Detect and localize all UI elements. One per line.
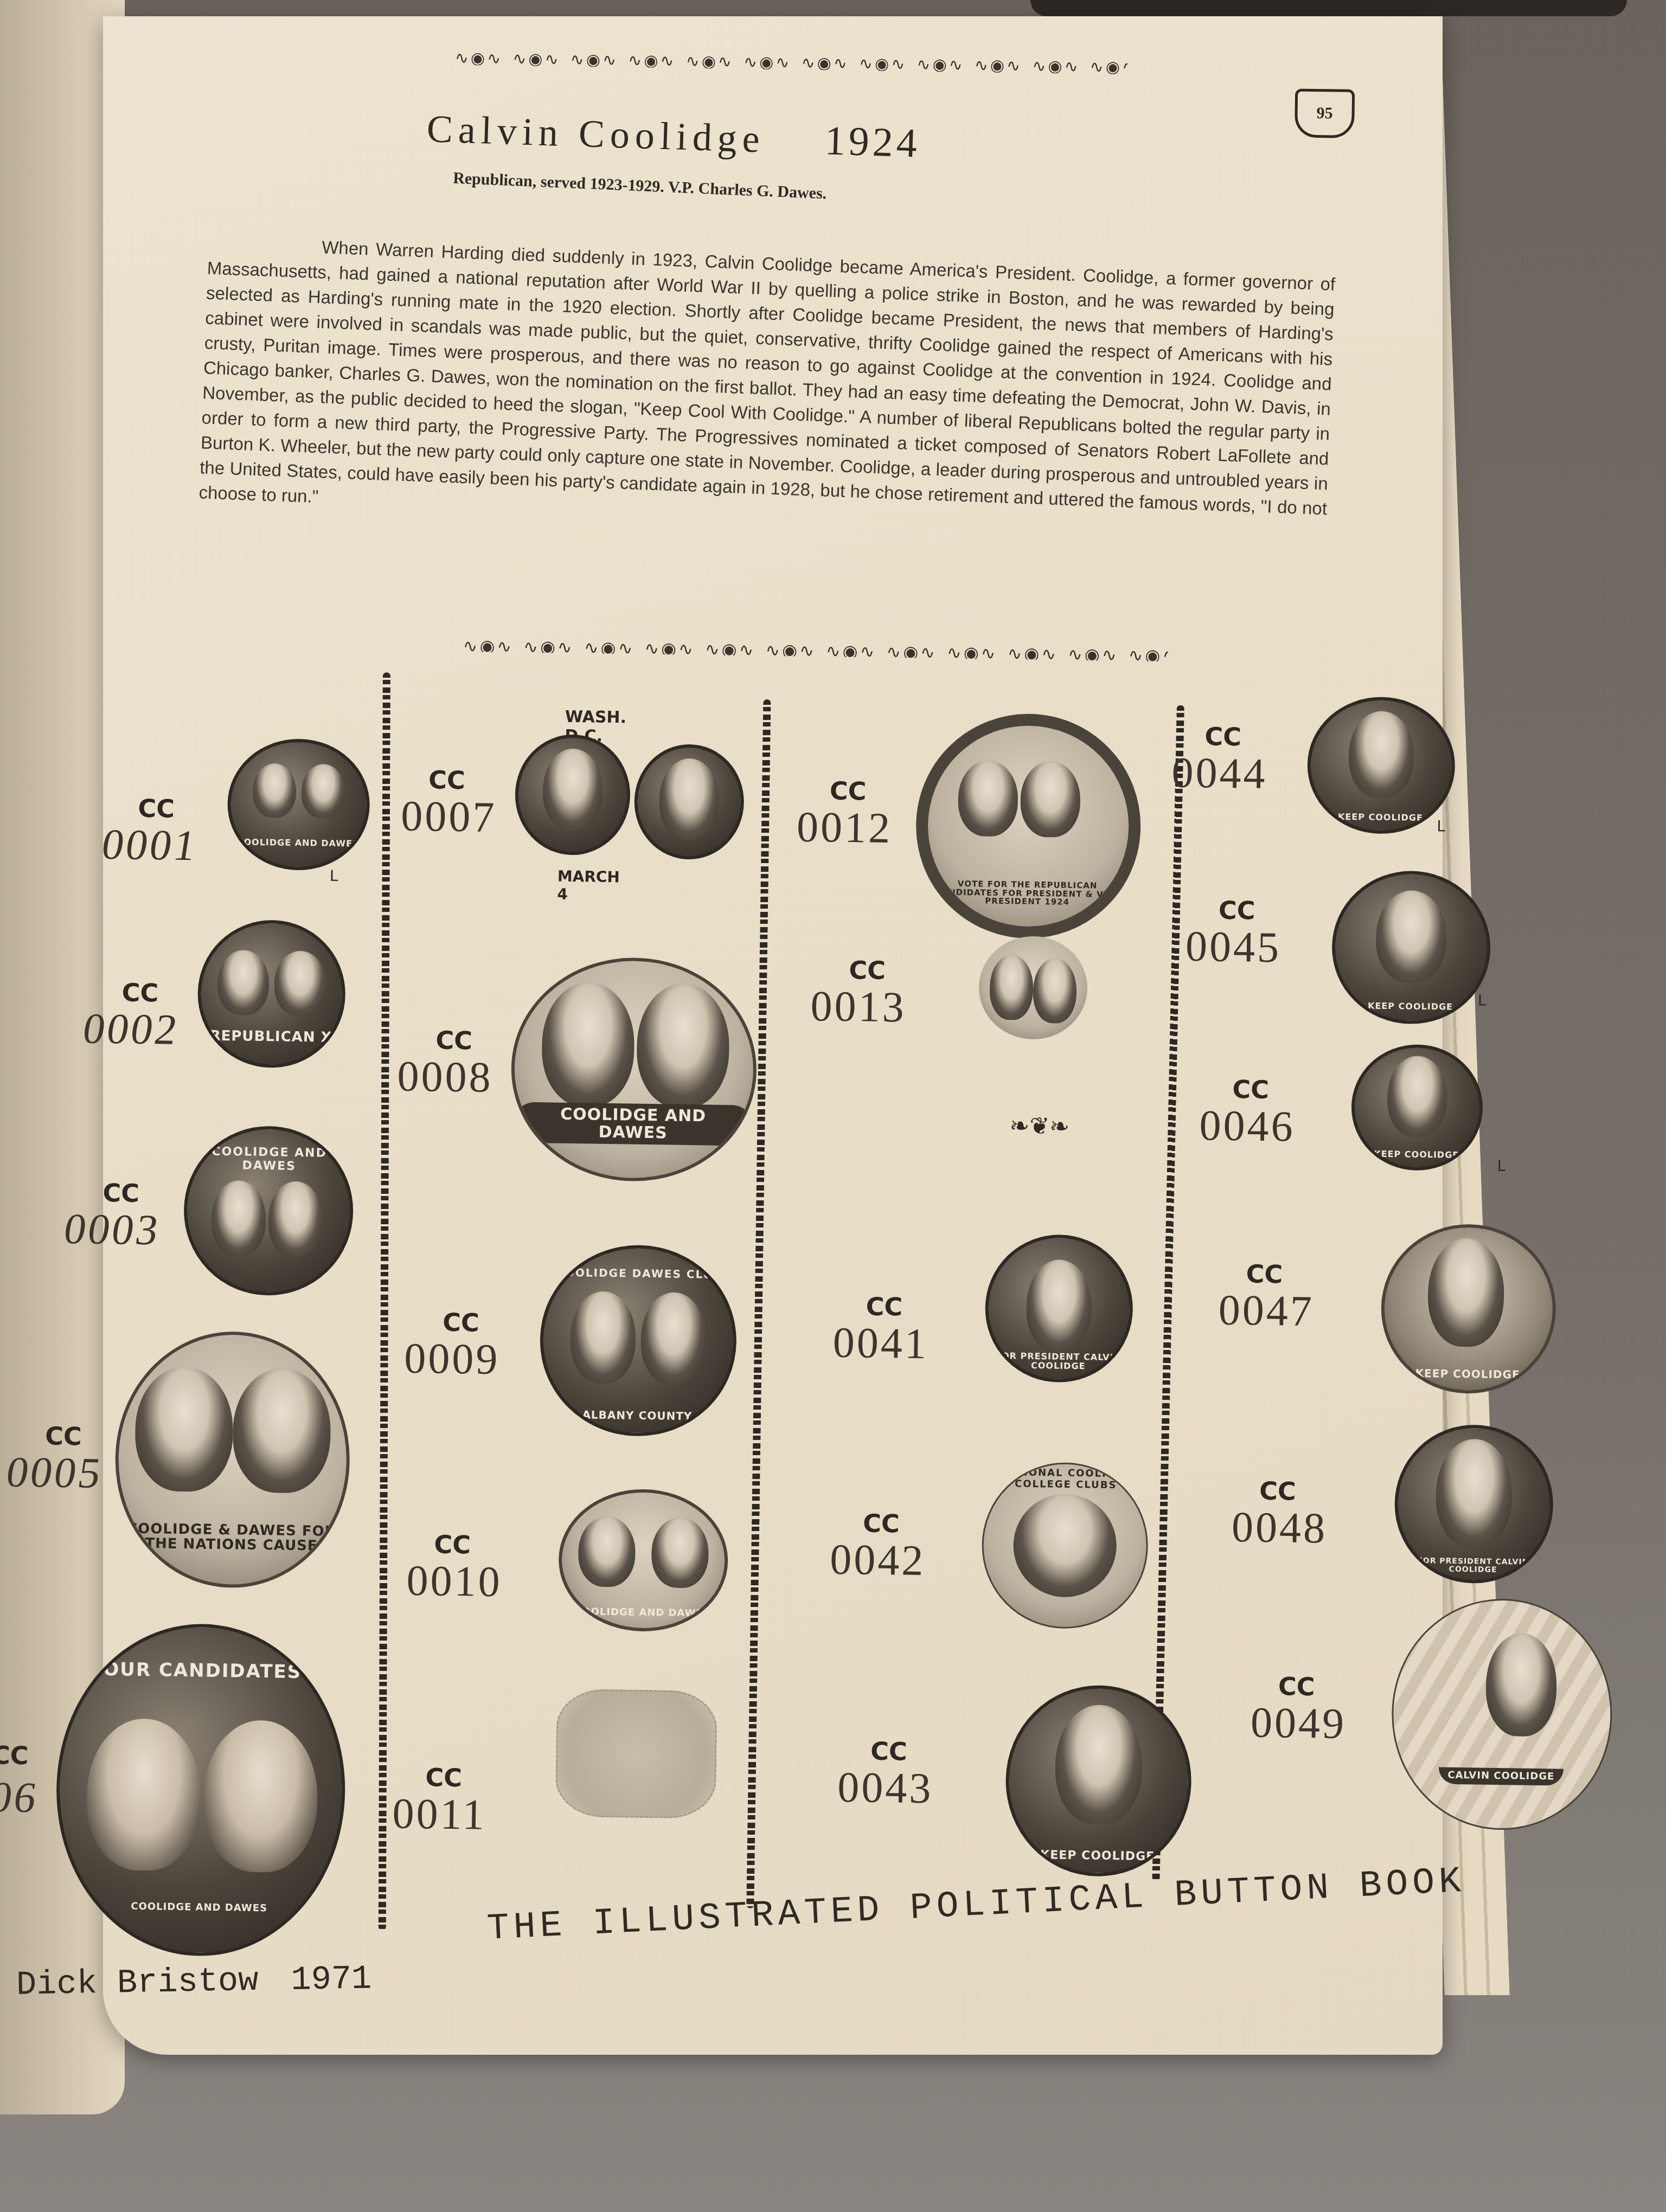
campaign-button-image: COOLIDGE & DAWES FOR THE NATIONS CAUSE [113, 1330, 351, 1589]
item-prefix: CC [1232, 1075, 1269, 1104]
item-number: 0007 [401, 792, 497, 843]
campaign-button-image: COOLIDGE AND DAWES [227, 738, 370, 871]
item-number: 0046 [1199, 1101, 1295, 1152]
item-prefix: CC [1219, 896, 1255, 925]
mid-ornament-border: ∿◉∿∿◉∿∿◉∿∿◉∿∿◉∿∿◉∿∿◉∿∿◉∿∿◉∿∿◉∿∿◉∿∿◉∿∿◉∿∿… [463, 635, 1168, 661]
campaign-button-image: REPUBLICAN X [197, 919, 347, 1069]
item-prefix: CC [138, 794, 175, 824]
size-mark: L [1437, 817, 1445, 835]
column-divider-rope [379, 672, 390, 1930]
campaign-button-image: KEEP COOLIDGE [1306, 696, 1456, 835]
campaign-button-image: NATIONAL COOLIDGE COLLEGE CLUBS [981, 1462, 1149, 1630]
item-prefix: CC [443, 1308, 479, 1338]
publication-year: 1971 [291, 1959, 372, 1999]
item-number: 0041 [832, 1319, 928, 1369]
item-prefix: CC [1246, 1259, 1283, 1289]
campaign-button-image: COOLIDGE DAWES CLUB ALBANY COUNTY [539, 1244, 738, 1437]
item-prefix: CC [102, 1178, 139, 1208]
campaign-button-image: COOLIDGE AND DAWES [558, 1488, 729, 1632]
size-mark: L [330, 867, 338, 885]
item-prefix: CC [866, 1292, 902, 1322]
item-prefix: CC [863, 1509, 900, 1539]
button-bottom-text: MARCH 4 [557, 867, 620, 904]
campaign-button-image: COOLIDGE AND DAWES [183, 1125, 354, 1296]
top-ornament-border: ∿◉∿∿◉∿∿◉∿∿◉∿∿◉∿∿◉∿∿◉∿∿◉∿∿◉∿∿◉∿∿◉∿∿◉∿∿◉∿∿… [455, 49, 1127, 74]
book-page: ∿◉∿∿◉∿∿◉∿∿◉∿∿◉∿∿◉∿∿◉∿∿◉∿∿◉∿∿◉∿∿◉∿∿◉∿∿◉∿∿… [103, 16, 1443, 2055]
page-number-badge: 95 [1295, 88, 1355, 138]
item-prefix: CC [0, 1740, 29, 1770]
item-number: 0045 [1185, 922, 1281, 973]
campaign-button-image-faded [555, 1689, 717, 1819]
column-divider-rope [1152, 705, 1184, 1882]
item-number: 0012 [796, 803, 892, 853]
item-number: 0010 [406, 1557, 502, 1607]
item-number: 0005 [3, 1448, 106, 1499]
campaign-button-image: FOR PRESIDENT CALVIN COOLIDGE [1394, 1424, 1554, 1584]
campaign-button-image: FOR PRESIDENT CALVIN COOLIDGE [984, 1234, 1134, 1384]
item-number: 0049 [1250, 1699, 1346, 1749]
campaign-button-image: COOLIDGE AND DAWES [510, 956, 758, 1182]
footer-author: Dick Bristow1971 [16, 1959, 371, 2004]
item-prefix: CC [121, 978, 158, 1007]
item-prefix: CC [1259, 1476, 1296, 1506]
item-prefix: CC [830, 776, 867, 806]
page-number: 95 [1316, 104, 1332, 123]
item-number: 0044 [1171, 748, 1267, 799]
size-mark: L [1478, 991, 1486, 1009]
item-number: 0001 [99, 820, 202, 871]
campaign-button-image: VOTE FOR THE REPUBLICAN CANDIDATES FOR P… [914, 712, 1142, 940]
campaign-button-image-right [633, 744, 745, 860]
page-title: Calvin Coolidge1924 [426, 105, 921, 168]
campaign-button-image: KEEP COOLIDGE [1004, 1684, 1193, 1877]
small-center-ornament: ❧❦❧ [1009, 1112, 1069, 1141]
title-year: 1924 [824, 118, 921, 166]
item-prefix: CC [425, 1763, 462, 1792]
item-number: 0008 [397, 1052, 493, 1103]
biography-paragraph: When Warren Harding died suddenly in 192… [198, 231, 1336, 546]
item-prefix: CC [428, 765, 465, 795]
size-mark: L [1497, 1157, 1505, 1175]
item-prefix: CC [434, 1530, 471, 1560]
item-number: 0009 [404, 1334, 500, 1385]
top-shadow [1030, 0, 1627, 16]
author-name: Dick Bristow [16, 1962, 259, 2004]
campaign-button-image-left [514, 734, 631, 856]
item-prefix: CC [870, 1737, 907, 1766]
item-prefix: CC [45, 1422, 82, 1451]
item-prefix: CC [1204, 722, 1241, 751]
item-number: 0002 [80, 1005, 183, 1055]
item-number: 0013 [810, 982, 906, 1032]
title-name: Calvin Coolidge [426, 107, 766, 161]
item-number: 0042 [830, 1535, 926, 1586]
item-number: 0048 [1232, 1503, 1328, 1553]
item-prefix: CC [849, 955, 886, 985]
item-number: 0011 [392, 1790, 486, 1840]
item-prefix: CC [1278, 1671, 1315, 1701]
item-prefix: CC [435, 1026, 472, 1056]
item-number: 0003 [61, 1205, 164, 1255]
page-subtitle: Republican, served 1923-1929. V.P. Charl… [453, 169, 827, 203]
column-divider-rope [746, 699, 771, 1908]
item-number: 0047 [1218, 1286, 1314, 1336]
item-number: 0043 [837, 1763, 933, 1814]
campaign-button-image: OUR CANDIDATES COOLIDGE AND DAWES [54, 1622, 347, 1958]
campaign-button-image [978, 935, 1088, 1040]
